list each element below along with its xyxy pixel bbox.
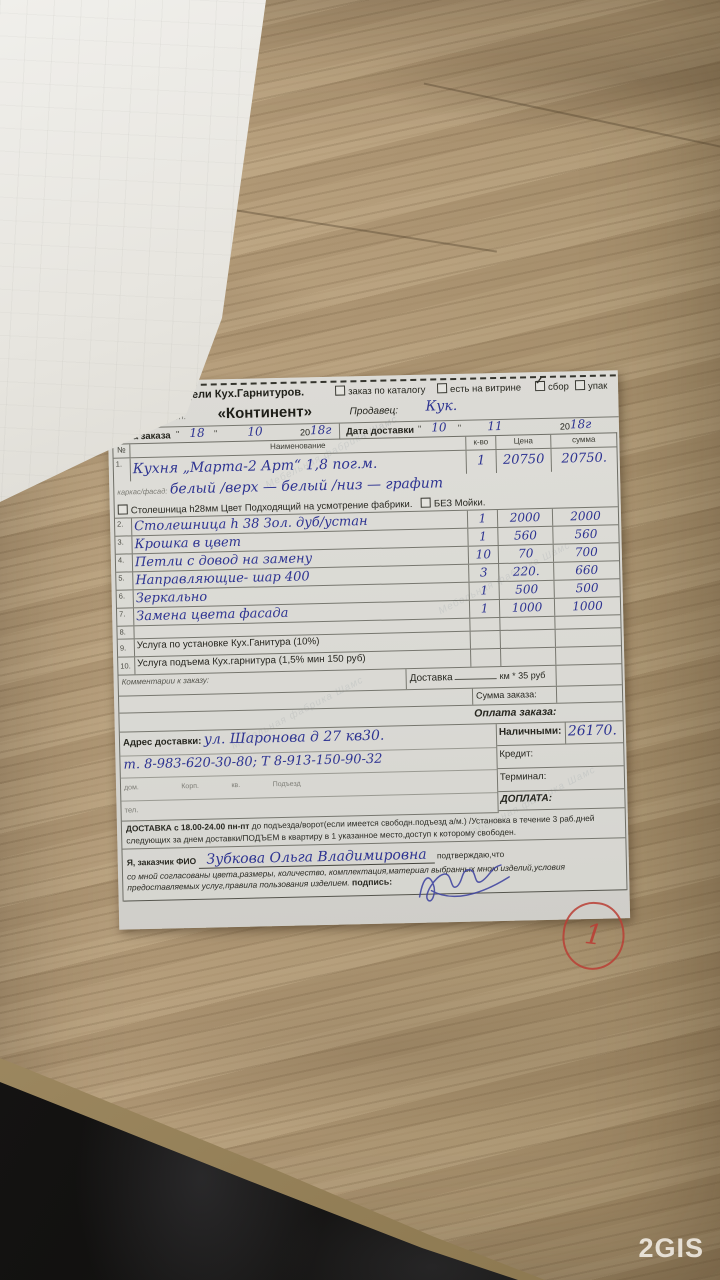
address-label: Адрес доставки: — [123, 736, 202, 749]
checkbox-icon — [335, 385, 345, 395]
delivery-cell: Доставка км * 35 руб — [405, 666, 555, 689]
credit-row: Кредит: — [497, 744, 623, 770]
terminal-row: Терминал: — [498, 767, 624, 793]
order-date-day: 18 — [182, 425, 212, 440]
col-qty: к-во — [465, 436, 495, 450]
checkbox-upak: упак — [575, 380, 608, 393]
order-form-paper: Мебельная фабрика Шамс Мебельная фабрика… — [107, 370, 630, 929]
customer-signature — [413, 856, 524, 908]
checkbox-icon — [575, 380, 585, 390]
checkbox-icon — [421, 498, 431, 508]
delivery-date-year-hw: 18г — [570, 417, 592, 432]
cash-row: Наличными: 26170. — [497, 722, 623, 747]
col-price: Цена — [495, 435, 550, 449]
col-sum: сумма — [550, 433, 616, 447]
checkbox-catalog: заказ по каталогу — [335, 384, 426, 398]
delivery-date-day: 10 — [424, 420, 454, 435]
surcharge-row: ДОПЛАТА: — [498, 790, 624, 812]
checkbox-icon — [118, 504, 128, 514]
confirmation-block: Я, заказчик ФИО Зубкова Ольга Владимиров… — [122, 838, 626, 901]
order-date-month: 10 — [240, 424, 270, 439]
delivery-km-blank — [455, 669, 497, 680]
phone-handwritten: т. 8-983-620-30-80; Т 8-913-150-90-32 — [123, 752, 382, 773]
cash-value-handwritten: 26170. — [565, 722, 623, 744]
address-column: Адрес доставки: ул. Шаронова д 27 кв30. … — [120, 725, 498, 823]
checkbox-sbor: ✓сбор — [535, 380, 569, 393]
salon-name: «Континент» — [217, 403, 312, 423]
checkbox-icon — [437, 383, 447, 393]
order-sum-label: Сумма заказа: — [472, 687, 556, 705]
checkbox-vitrina: есть на витрине — [437, 381, 521, 395]
payment-section-label: Оплата заказа: — [474, 706, 556, 720]
order-sum-value-empty — [556, 686, 622, 703]
divider — [339, 424, 340, 440]
checkbox-checked-icon: ✓ — [535, 381, 545, 391]
delivery-date-year-printed: 20 — [560, 421, 570, 432]
items-table: № Наименование к-во Цена сумма 1. Кухня … — [112, 432, 627, 901]
address-value-handwritten: ул. Шаронова д 27 кв30. — [204, 728, 385, 748]
order-date-year-printed: 20 — [300, 427, 310, 438]
photo-scene: Мебельная фабрика Шамс Мебельная фабрика… — [0, 0, 720, 1280]
delivery-date-label: Дата доставки — [346, 425, 414, 438]
2gis-watermark: 2GIS — [638, 1233, 704, 1264]
seller-label: Продавец: — [349, 405, 398, 418]
payment-column: Наличными: 26170. Кредит: Терминал: ДОПЛ… — [496, 722, 625, 814]
seller-value-handwritten: Кук. — [425, 398, 457, 416]
delivery-date-month: 11 — [480, 419, 510, 434]
address-payment-block: Адрес доставки: ул. Шаронова д 27 кв30. … — [120, 722, 625, 822]
order-date-year-hw: 18г — [310, 423, 332, 438]
frame-facade-label: каркас/фасад: — [117, 487, 167, 497]
